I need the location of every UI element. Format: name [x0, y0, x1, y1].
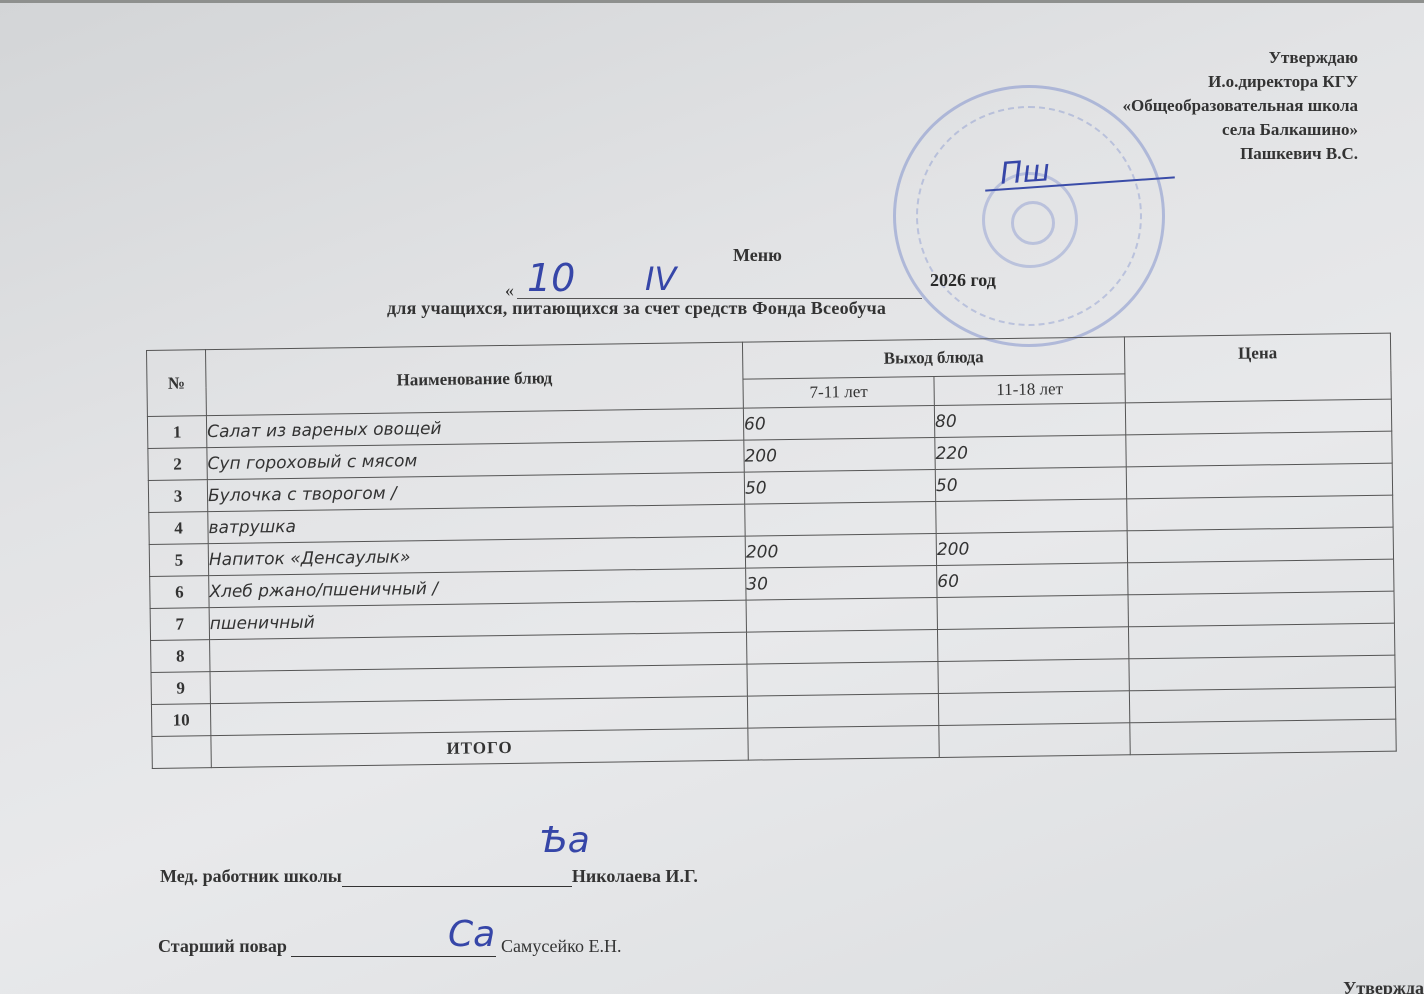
- approval-line: Пашкевич В.С.: [1122, 142, 1358, 166]
- price-cell: [1127, 527, 1393, 563]
- date-day: 10: [527, 256, 575, 300]
- next-page-text: Утвержда: [1343, 978, 1424, 994]
- med-name: Николаева И.Г.: [572, 866, 698, 886]
- col-no: №: [147, 350, 207, 417]
- yield-11-18: 60: [937, 563, 1128, 598]
- yield-11-18: 50: [935, 467, 1126, 502]
- price-cell: [1129, 655, 1395, 691]
- cook-name: Самусейко Е.Н.: [501, 936, 622, 956]
- yield-11-18: [937, 627, 1128, 662]
- row-number: 10: [151, 704, 210, 737]
- row-number: 9: [151, 672, 210, 705]
- yield-7-11: 30: [746, 565, 937, 600]
- yield-7-11: 50: [744, 469, 935, 504]
- row-number: 5: [149, 544, 208, 577]
- yield-11-18: [938, 659, 1129, 694]
- total-a: [748, 725, 939, 760]
- row-number: 1: [147, 416, 206, 449]
- price-cell: [1128, 623, 1394, 659]
- col-age-7-11: 7-11 лет: [743, 377, 934, 409]
- row-number: 6: [150, 576, 209, 609]
- yield-11-18: [936, 499, 1127, 534]
- approval-line: «Общеобразовательная школа: [1122, 94, 1358, 118]
- yield-11-18: 80: [934, 403, 1125, 438]
- approval-line: И.о.директора КГУ: [1122, 70, 1358, 94]
- row-number: 4: [149, 512, 208, 545]
- med-signature-row: Мед. работник школыНиколаева И.Г.: [160, 866, 698, 887]
- row-number: 2: [148, 448, 207, 481]
- date-month: IV: [645, 260, 676, 298]
- yield-7-11: 200: [744, 437, 935, 472]
- row-number: 7: [150, 608, 209, 641]
- price-cell: [1127, 495, 1393, 531]
- col-age-11-18: 11-18 лет: [934, 374, 1125, 406]
- col-name: Наименование блюд: [206, 342, 744, 415]
- row-number: 8: [151, 640, 210, 673]
- yield-7-11: [745, 501, 936, 536]
- date-year: 2026 год: [930, 270, 996, 291]
- total-label: ИТОГО: [211, 728, 748, 767]
- cook-signature: Са: [448, 914, 495, 955]
- price-cell: [1126, 463, 1392, 499]
- menu-table: № Наименование блюд Выход блюда Цена 7-1…: [146, 333, 1397, 769]
- total-blank: [152, 736, 211, 769]
- total-b: [939, 723, 1130, 758]
- page-title: Меню: [733, 245, 782, 266]
- approval-block: Утверждаю И.о.директора КГУ «Общеобразов…: [1122, 46, 1358, 166]
- price-cell: [1125, 399, 1391, 435]
- approval-line: села Балкашино»: [1122, 118, 1358, 142]
- price-cell: [1126, 431, 1392, 467]
- yield-7-11: [747, 661, 938, 696]
- yield-11-18: [937, 595, 1128, 630]
- price-cell: [1128, 559, 1394, 595]
- yield-7-11: [746, 597, 937, 632]
- approval-line: Утверждаю: [1122, 46, 1358, 70]
- paper-edge: [0, 0, 1424, 3]
- yield-7-11: [746, 629, 937, 664]
- med-label: Мед. работник школы: [160, 866, 342, 886]
- yield-11-18: 200: [936, 531, 1127, 566]
- col-price: Цена: [1124, 333, 1391, 403]
- yield-11-18: [938, 691, 1129, 726]
- yield-7-11: [747, 693, 938, 728]
- page-subtitle: для учащихся, питающихся за счет средств…: [387, 298, 886, 319]
- total-price: [1130, 719, 1396, 755]
- price-cell: [1128, 591, 1394, 627]
- med-signature-line: [342, 868, 572, 887]
- cook-label: Старший повар: [158, 936, 287, 956]
- yield-7-11: 200: [745, 533, 936, 568]
- price-cell: [1129, 687, 1395, 723]
- col-yield: Выход блюда: [742, 337, 1124, 379]
- yield-7-11: 60: [743, 405, 934, 440]
- date-row: « 10 IV 2026 год: [505, 268, 1025, 298]
- cook-signature-row: Старший повар Самусейко Е.Н.: [158, 936, 621, 957]
- med-signature: Ѣа: [540, 820, 590, 861]
- row-number: 3: [148, 480, 207, 513]
- yield-11-18: 220: [935, 435, 1126, 470]
